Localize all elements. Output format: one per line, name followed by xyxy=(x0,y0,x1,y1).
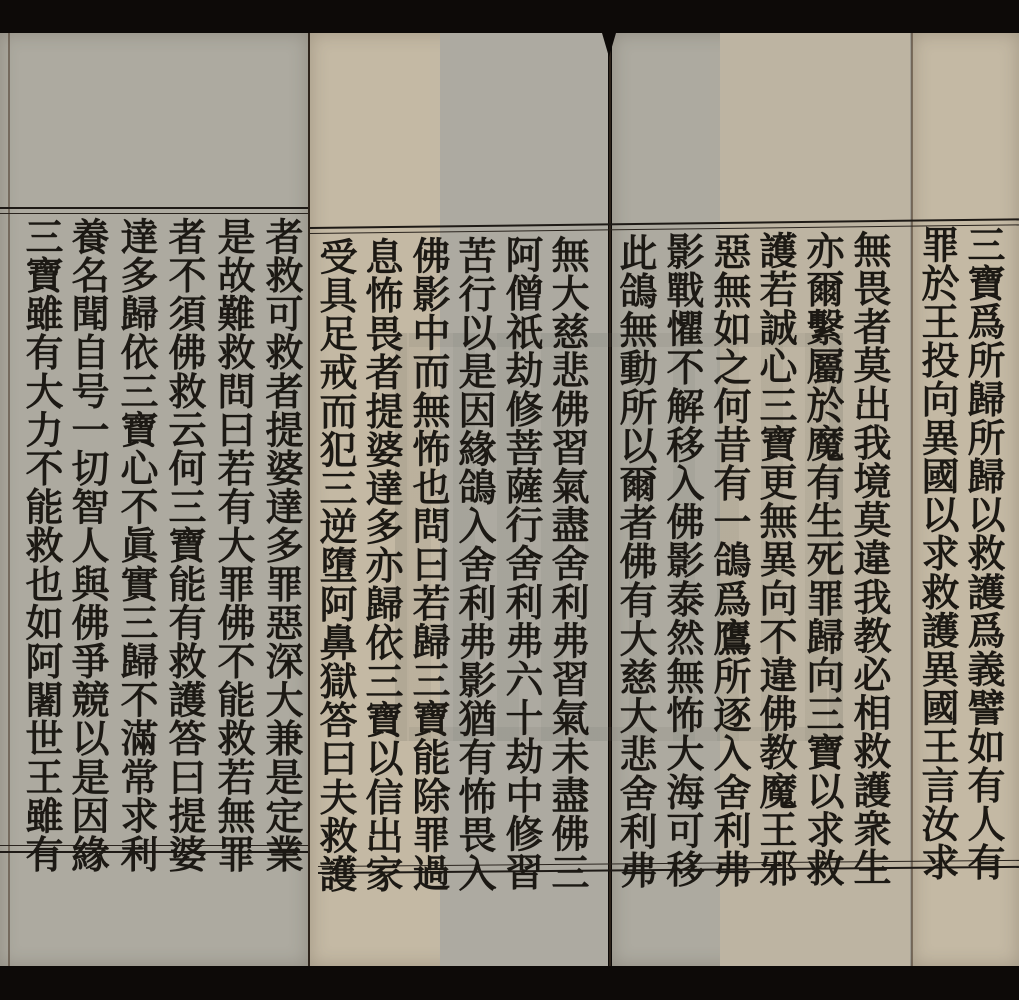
text-column: 達多歸依三寶心不眞實三歸不滿常求利 xyxy=(117,217,155,873)
text-column: 苦行以是因緣鴿入舍利弗影猶有怖畏入 xyxy=(455,236,493,892)
text-column: 受具足戒而犯三逆墮阿鼻獄答曰夫救護 xyxy=(316,237,354,893)
binding-seam xyxy=(911,33,913,966)
page-notch xyxy=(602,33,616,57)
text-column: 亦爾繫屬於魔有生死罪歸向三寶以求救 xyxy=(803,231,841,887)
text-column: 息怖畏者提婆達多亦歸依三寶以信出家 xyxy=(362,237,400,893)
scanned-book-spread: 三寶爲所歸所歸以救護爲義譬如有人有 三寶爲所歸所歸以救護爲義譬如有人有 罪於王投… xyxy=(0,33,1019,966)
text-column: 惡無如之何昔有一鴿爲鷹所逐入舍利弗 xyxy=(710,232,748,888)
binding-seam xyxy=(8,33,10,966)
top-border-rule xyxy=(0,207,308,209)
binding-seam xyxy=(308,33,310,966)
text-column: 者救可救者提婆達多罪惡深大兼是定業 xyxy=(262,217,300,873)
text-column: 此鴿無動所以爾者佛有大慈大悲舍利弗 xyxy=(616,233,654,889)
text-column: 無大慈悲佛習氣盡舍利弗習氣未盡佛三 xyxy=(548,235,586,891)
text-column: 罪於王投向異國以求救護異國王言汝求 xyxy=(918,225,956,881)
top-border-rule xyxy=(0,213,308,214)
text-column: 三寶爲所歸所歸以救護爲義譬如有人有 xyxy=(964,225,1002,881)
text-column: 護若誠心三寶更無異向不違佛教魔王邪 xyxy=(756,231,794,887)
text-column: 者不須佛救云何三寶能有救護答曰提婆 xyxy=(165,217,203,873)
text-column: 佛影中而無怖也問曰若歸三寶能除罪過 xyxy=(409,236,447,892)
text-column: 養名聞自号一切智人與佛爭競以是因緣 xyxy=(68,217,106,873)
text-column: 是故難救問曰若有大罪佛不能救若無罪 xyxy=(214,217,252,873)
text-column: 阿僧祇劫修菩薩行舍利弗六十劫中修習 xyxy=(502,235,540,891)
text-column: 無畏者莫出我境莫違我教必相救護衆生 xyxy=(850,230,888,886)
text-column: 三寶雖有大力不能救也如阿闍世王雖有 xyxy=(22,217,60,873)
text-column: 影戰懼不解移入佛影泰然無怖大海可移 xyxy=(663,232,701,888)
